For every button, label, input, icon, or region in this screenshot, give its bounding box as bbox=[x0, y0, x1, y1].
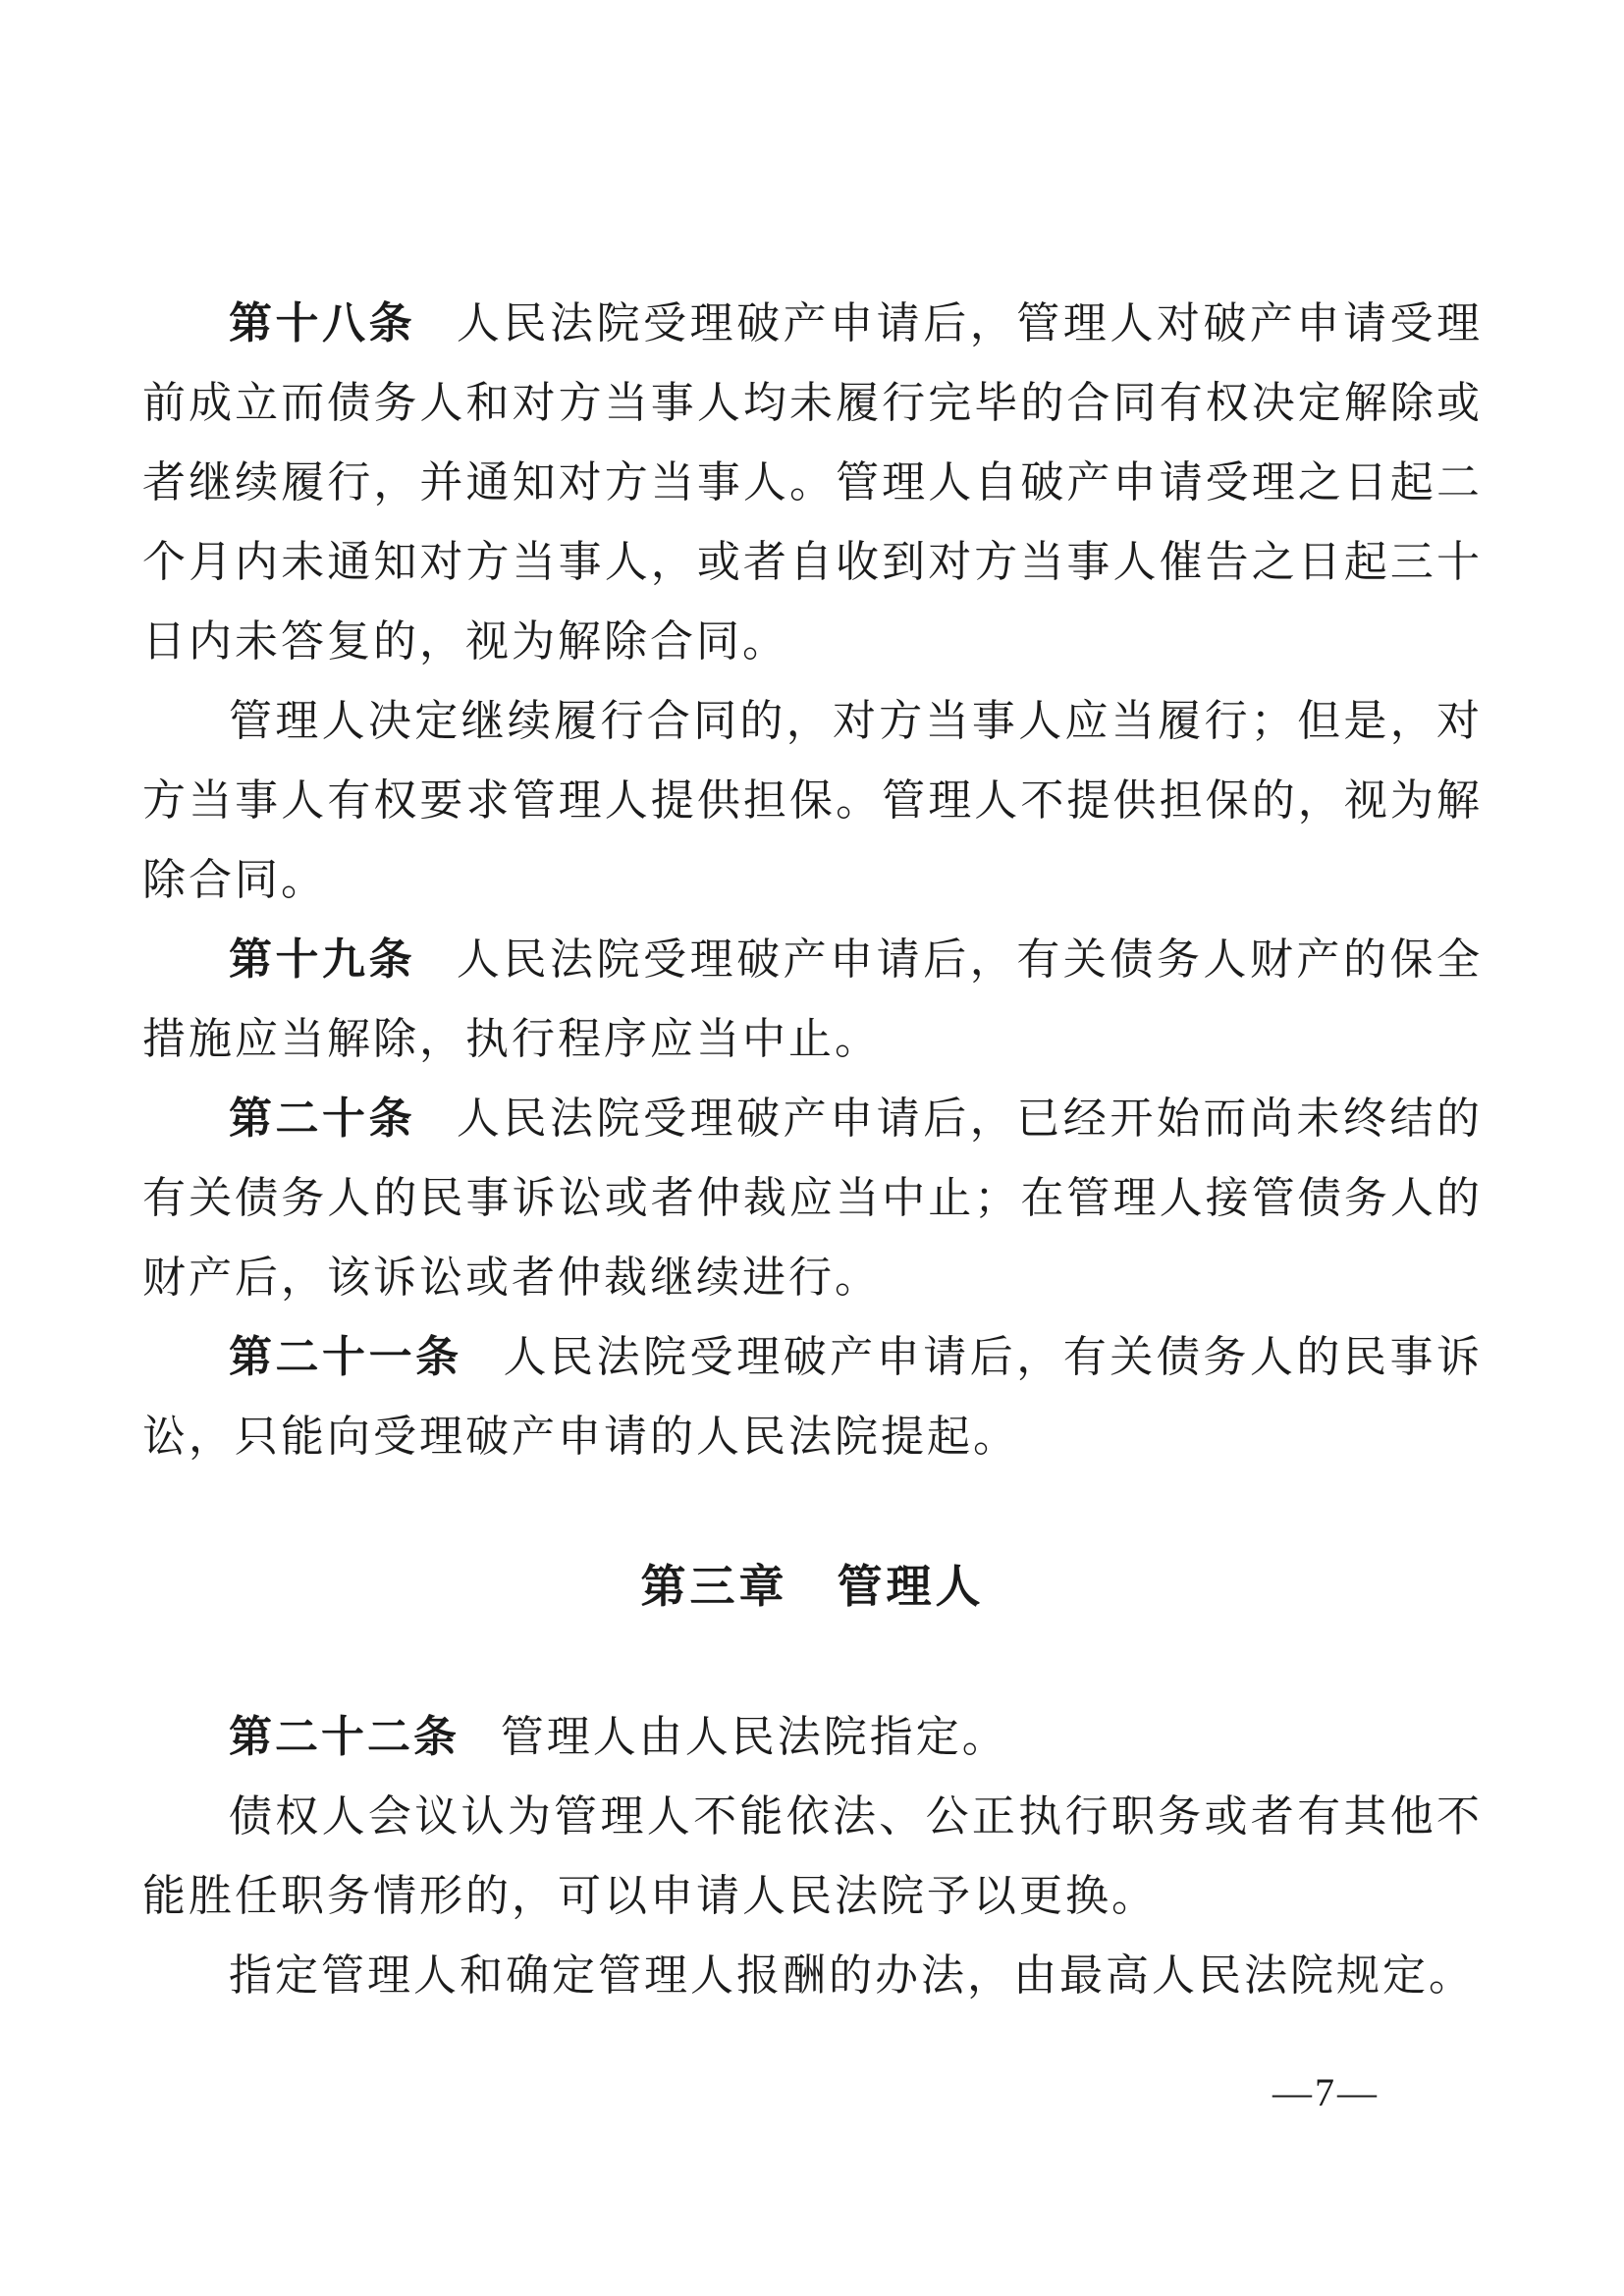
legal-paragraph: 第二十条人民法院受理破产申请后，已经开始而尚未终结的有关债务人的民事诉讼或者仲裁… bbox=[142, 1079, 1483, 1317]
article-text: 管理人由人民法院指定。 bbox=[501, 1713, 1008, 1761]
article-number: 第二十二条 bbox=[229, 1713, 460, 1761]
article-number: 第二十条 bbox=[229, 1095, 415, 1143]
article-text: 人民法院受理破产申请后，管理人对破产申请受理前成立而债务人和对方当事人均未履行完… bbox=[142, 299, 1483, 666]
article-number: 第二十一条 bbox=[229, 1333, 462, 1381]
article-number: 第十八条 bbox=[229, 299, 415, 347]
article-text: 管理人决定继续履行合同的，对方当事人应当履行；但是，对方当事人有权要求管理人提供… bbox=[142, 697, 1483, 904]
legal-paragraph: 第二十一条人民法院受理破产申请后，有关债务人的民事诉讼，只能向受理破产申请的人民… bbox=[142, 1317, 1483, 1476]
legal-paragraph: 管理人决定继续履行合同的，对方当事人应当履行；但是，对方当事人有权要求管理人提供… bbox=[142, 681, 1483, 920]
article-text: 债权人会议认为管理人不能依法、公正执行职务或者有其他不能胜任职务情形的，可以申请… bbox=[142, 1792, 1483, 1920]
legal-paragraph: 第二十二条管理人由人民法院指定。 bbox=[142, 1697, 1483, 1777]
article-number: 第十九条 bbox=[229, 935, 415, 984]
page-number: —7— bbox=[142, 2053, 1483, 2132]
legal-paragraph: 指定管理人和确定管理人报酬的办法，由最高人民法院规定。 bbox=[142, 1936, 1483, 2015]
article-text: 指定管理人和确定管理人报酬的办法，由最高人民法院规定。 bbox=[229, 1951, 1475, 2000]
document-page: 第十八条人民法院受理破产申请后，管理人对破产申请受理前成立而债务人和对方当事人均… bbox=[0, 0, 1624, 2296]
legal-paragraph: 第十九条人民法院受理破产申请后，有关债务人财产的保全措施应当解除，执行程序应当中… bbox=[142, 920, 1483, 1079]
legal-paragraph: 第十八条人民法院受理破产申请后，管理人对破产申请受理前成立而债务人和对方当事人均… bbox=[142, 284, 1483, 681]
legal-paragraph: 债权人会议认为管理人不能依法、公正执行职务或者有其他不能胜任职务情形的，可以申请… bbox=[142, 1777, 1483, 1936]
chapter-heading: 第三章 管理人 bbox=[142, 1547, 1483, 1627]
